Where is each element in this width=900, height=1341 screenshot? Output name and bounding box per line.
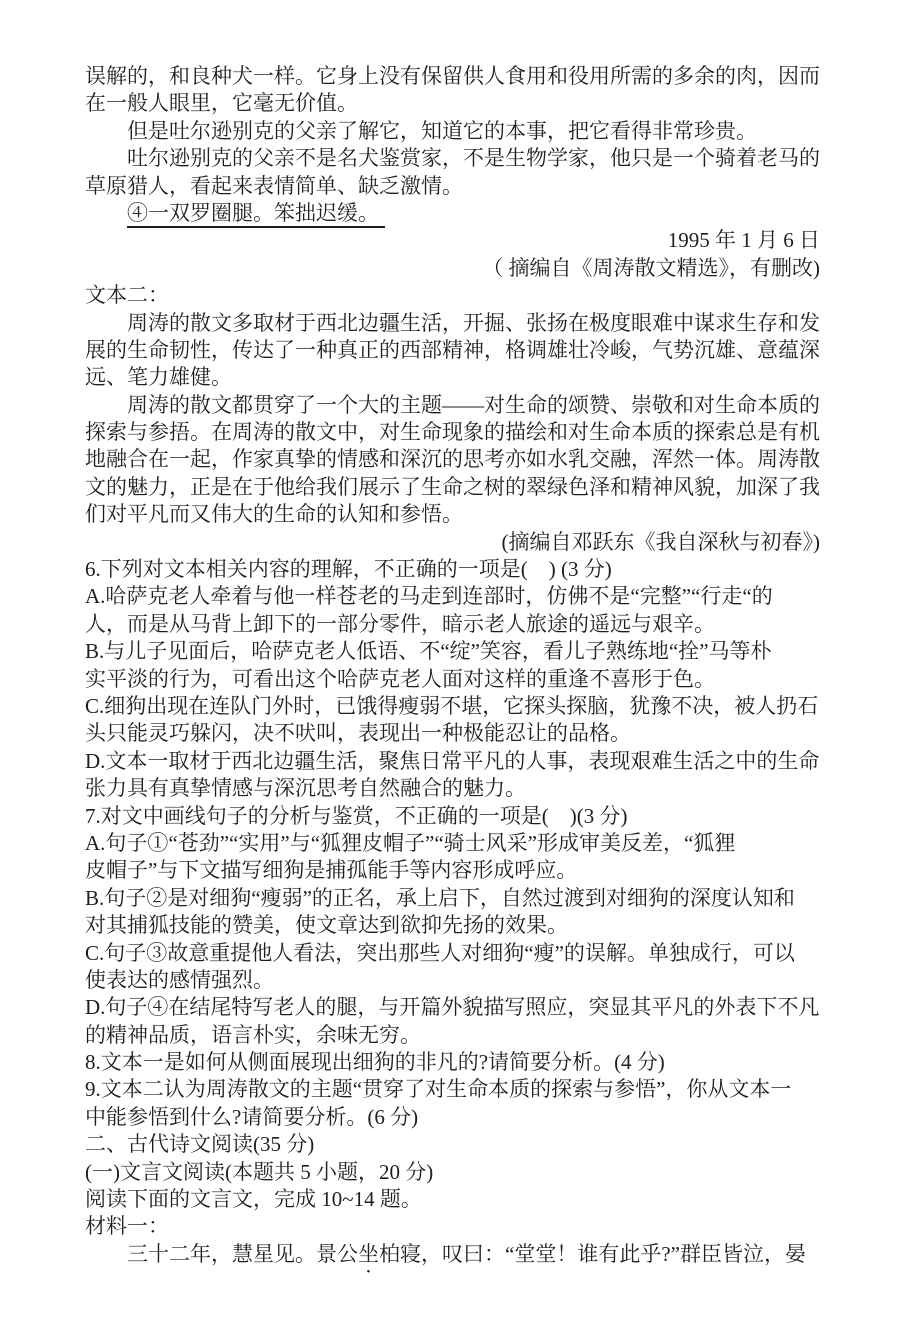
underlined-text: ④一双罗圈腿。笨拙迟缓。 bbox=[127, 201, 385, 228]
text-line-13: 周涛的散文都贯穿了一个大的主题——对生命的颂赞、崇敬和对生命本质的 bbox=[85, 392, 820, 419]
text-line-17: 们对平凡而又伟大的生命的认知和参悟。 bbox=[85, 501, 820, 528]
text-line-14: 探索与参捂。在周涛的散文中，对生命现象的描绘和对生命本质的探索总是有机 bbox=[85, 419, 820, 446]
text-line-32: 对其捕狐技能的赞美，使文章达到欲抑先扬的效果。 bbox=[85, 912, 820, 939]
text-segment: 三十二年，慧星见。景公 bbox=[127, 1242, 358, 1266]
section-2-heading: 二、古代诗文阅读(35 分) bbox=[85, 1131, 820, 1158]
text-line-3: 但是吐尔逊别克的父亲了解它，知道它的本事，把它看得非常珍贵。 bbox=[85, 118, 820, 145]
text-line-23: 实平淡的行为，可看出这个哈萨克老人面对这样的重逢不喜形于色。 bbox=[85, 666, 820, 693]
text-line-5: 草原猎人，看起来表情简单、缺乏激情。 bbox=[85, 173, 820, 200]
text-line-10: 周涛的散文多取材于西北边疆生活，开掘、张扬在极度眼难中谋求生存和发 bbox=[85, 310, 820, 337]
source-attribution-2: (摘编自邓跃东《我自深秋与初春》) bbox=[85, 529, 820, 556]
text-line-15: 地融合在一起，作家真挚的情感和深沉的思考亦如水乳交融，浑然一体。周涛散 bbox=[85, 446, 820, 473]
text-line-34: 使表达的感情强烈。 bbox=[85, 967, 820, 994]
section-label-text-2: 文本二： bbox=[85, 282, 820, 309]
document-page: 误解的，和良种犬一样。它身上没有保留供人食用和役用所需的多余的肉，因而在一般人眼… bbox=[0, 0, 900, 1341]
text-line-4: 吐尔逊别克的父亲不是名犬鉴赏家，不是生物学家，他只是一个骑着老马的 bbox=[85, 145, 820, 172]
underlined-sentence-4: ④一双罗圈腿。笨拙迟缓。 bbox=[85, 200, 820, 227]
text-line-30: 皮帽子”与下文描写细狗是捕孤能手等内容形成呼应。 bbox=[85, 857, 820, 884]
instruction-line: 阅读下面的文言文，完成 10~14 题。 bbox=[85, 1186, 820, 1213]
question-8: 8.文本一是如何从侧面展现出细狗的非凡的?请简要分析。(4 分) bbox=[85, 1049, 820, 1076]
text-line-1: 误解的，和良种犬一样。它身上没有保留供人食用和役用所需的多余的肉，因而 bbox=[85, 63, 820, 90]
question-7: 7.对文中画线句子的分析与鉴赏，不正确的一项是( )(3 分) bbox=[85, 803, 820, 830]
text-line-39: 中能参悟到什么?请简要分析。(6 分) bbox=[85, 1104, 820, 1131]
question-9: 9.文本二认为周涛散文的主题“贯穿了对生命本质的探索与参悟”，你从文本一 bbox=[85, 1076, 820, 1103]
question-6-option-a: A.哈萨克老人牵着与他一样苍老的马走到连部时，仿佛不是“完整”“行走“的 bbox=[85, 583, 820, 610]
text-line-2: 在一般人眼里，它毫无价值。 bbox=[85, 90, 820, 117]
question-7-option-a: A.句子①“苍劲”“实用”与“狐狸皮帽子”“骑士风采”形成审美反差，“狐狸 bbox=[85, 830, 820, 857]
question-6-option-c: C.细狗出现在连队门外时，已饿得瘦弱不堪，它探头探脑，犹豫不决，被人扔石 bbox=[85, 693, 820, 720]
classical-text-line-1: 三十二年，慧星见。景公坐柏寝，叹曰：“堂堂！谁有此乎?”群臣皆泣，晏 bbox=[85, 1241, 820, 1268]
text-line-36: 的精神品质，语言朴实，余味无穷。 bbox=[85, 1022, 820, 1049]
source-attribution-1: （ 摘编自《周涛散文精选》，有删改) bbox=[85, 255, 820, 282]
question-6-option-b: B.与儿子见面后，哈萨克老人低语、不“绽”笑容，看儿子熟练地“拴”马等朴 bbox=[85, 638, 820, 665]
text-line-12: 远、笔力雄健。 bbox=[85, 364, 820, 391]
question-7-option-c: C.句子③故意重提他人看法，突出那些人对细狗“瘦”的误解。单独成行，可以 bbox=[85, 940, 820, 967]
text-line-11: 展的生命韧性，传达了一种真正的西部精神，格调雄壮冷峻，气势沉雄、意蕴深 bbox=[85, 337, 820, 364]
subsection-1-heading: (一)文言文阅读(本题共 5 小题，20 分) bbox=[85, 1159, 820, 1186]
material-1-label: 材料一： bbox=[85, 1213, 820, 1240]
question-7-option-d: D.句子④在结尾特写老人的腿，与开篇外貌描写照应，突显其平凡的外表下不凡 bbox=[85, 994, 820, 1021]
emphasized-char: 坐 bbox=[358, 1242, 379, 1266]
question-7-option-b: B.句子②是对细狗“瘦弱”的正名，承上启下，自然过渡到对细狗的深度认知和 bbox=[85, 885, 820, 912]
question-6: 6.下列对文本相关内容的理解，不正确的一项是( ) (3 分) bbox=[85, 556, 820, 583]
text-segment: 柏寝，叹曰：“堂堂！谁有此乎?”群臣皆泣，晏 bbox=[379, 1242, 806, 1266]
question-6-option-d: D.文本一取材于西北边疆生活，聚焦日常平凡的人事，表现艰难生活之中的生命 bbox=[85, 748, 820, 775]
date-line: 1995 年 1 月 6 日 bbox=[85, 227, 820, 254]
text-line-27: 张力具有真挚情感与深沉思考自然融合的魅力。 bbox=[85, 775, 820, 802]
text-line-21: 人，而是从马背上卸下的一部分零件，暗示老人旅途的遥远与艰辛。 bbox=[85, 611, 820, 638]
text-line-16: 文的魅力，正是在于他给我们展示了生命之树的翠绿色泽和精神风貌，加深了我 bbox=[85, 474, 820, 501]
text-line-25: 头只能灵巧躲闪，决不吠叫，表现出一种极能忍让的品格。 bbox=[85, 720, 820, 747]
